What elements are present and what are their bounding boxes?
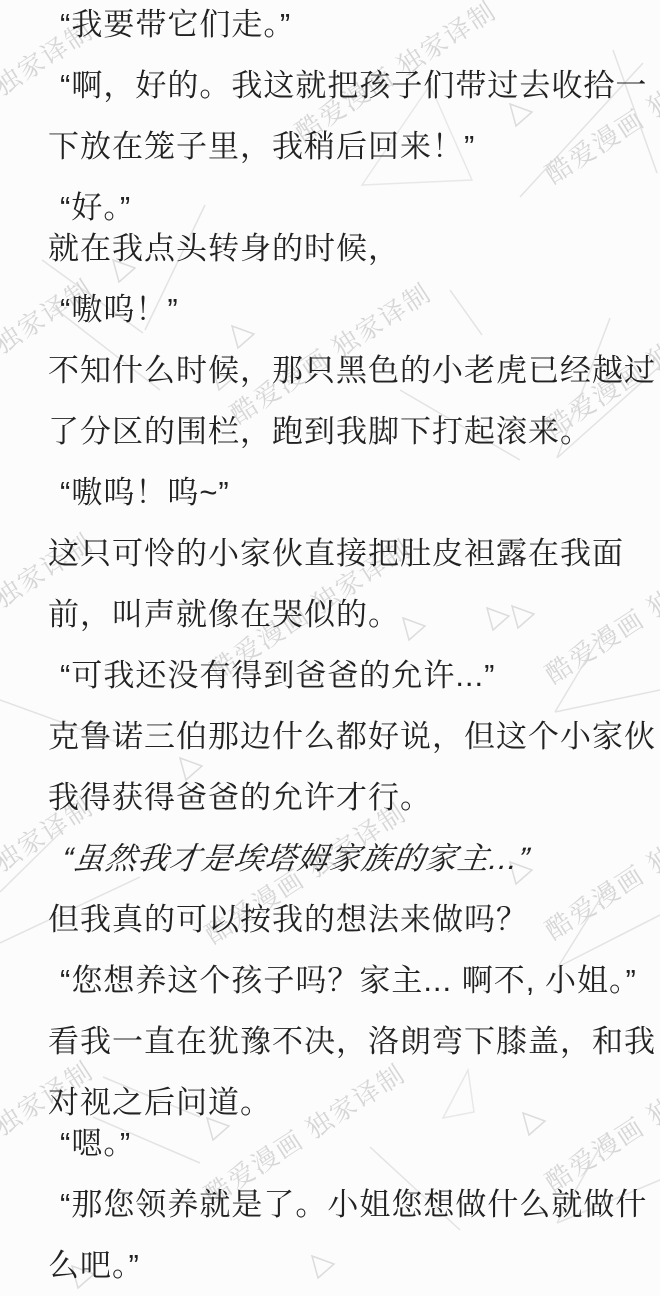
text-line: 我得获得爸爸的允许才行。 — [0, 780, 660, 816]
text-line: “您想养这个孩子吗？家主... 啊不, 小姐。” — [0, 963, 660, 999]
text-line: 不知什么时候，那只黑色的小老虎已经越过 — [0, 353, 660, 389]
text-line: 就在我点头转身的时候， — [0, 231, 660, 267]
text-line: 但我真的可以按我的想法来做吗？ — [0, 902, 660, 938]
text-line: “嗷呜！” — [0, 292, 660, 328]
text-line: “啊，好的。我这就把孩子们带过去收拾一 — [0, 68, 660, 104]
text-line: “我要带它们走。” — [0, 7, 660, 43]
text-line: “可我还没有得到爸爸的允许...” — [0, 658, 660, 694]
text-line: 克鲁诺三伯那边什么都好说，但这个小家伙 — [0, 719, 660, 755]
text-line: 么吧。” — [0, 1248, 660, 1284]
text-line: “虽然我才是埃塔姆家族的家主...” — [0, 841, 660, 877]
novel-reader-page: { "page": { "background": "#fcfcfc", "te… — [0, 0, 660, 1296]
text-line: 了分区的围栏，跑到我脚下打起滚来。 — [0, 414, 660, 450]
text-line: “那您领养就是了。小姐您想做什么就做什 — [0, 1187, 660, 1223]
text-line: 前，叫声就像在哭似的。 — [0, 597, 660, 633]
text-layer: “我要带它们走。”“啊，好的。我这就把孩子们带过去收拾一下放在笼子里，我稍后回来… — [0, 0, 660, 1296]
text-line: “嗷呜！呜~” — [0, 475, 660, 511]
text-line: 这只可怜的小家伙直接把肚皮袒露在我面 — [0, 536, 660, 572]
text-line: “好。” — [0, 190, 660, 226]
text-line: 下放在笼子里，我稍后回来！” — [0, 129, 660, 165]
text-line: 看我一直在犹豫不决，洛朗弯下膝盖，和我 — [0, 1024, 660, 1060]
text-line: “嗯。” — [0, 1126, 660, 1162]
text-line: 对视之后问道。 — [0, 1085, 660, 1121]
